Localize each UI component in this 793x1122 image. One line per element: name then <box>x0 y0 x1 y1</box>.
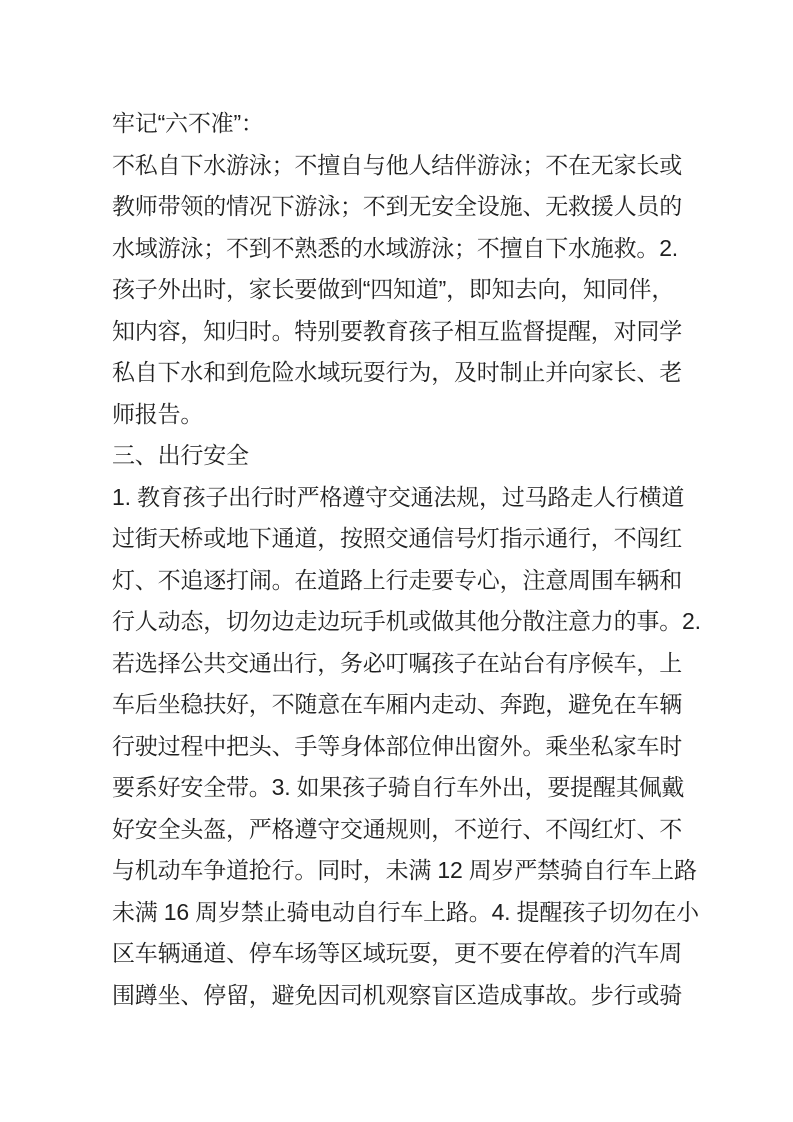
text-line: 不私自下水游泳；不擅自与他人结伴游泳；不在无家长或 <box>112 145 688 187</box>
text-line: 教师带领的情况下游泳；不到无安全设施、无救援人员的 <box>112 186 688 228</box>
text-line: 孩子外出时，家长要做到“四知道”，即知去向，知同伴， <box>112 269 688 311</box>
text-line: 未满 16 周岁禁止骑电动自行车上路。4. 提醒孩子切勿在小 <box>112 892 688 934</box>
document-page: 牢记“六不准”： 不私自下水游泳；不擅自与他人结伴游泳；不在无家长或 教师带领的… <box>0 0 793 1122</box>
text-line: 过街天桥或地下通道，按照交通信号灯指示通行，不闯红 <box>112 518 688 560</box>
section-heading: 三、出行安全 <box>112 435 688 477</box>
text-line: 区车辆通道、停车场等区域玩耍，更不要在停着的汽车周 <box>112 933 688 975</box>
text-line: 若选择公共交通出行，务必叮嘱孩子在站台有序候车，上 <box>112 643 688 685</box>
text-line: 行人动态，切勿边走边玩手机或做其他分散注意力的事。2. <box>112 601 688 643</box>
text-line: 师报告。 <box>112 394 688 436</box>
document-text-block: 牢记“六不准”： 不私自下水游泳；不擅自与他人结伴游泳；不在无家长或 教师带领的… <box>112 103 688 1016</box>
text-line: 行驶过程中把头、手等身体部位伸出窗外。乘坐私家车时 <box>112 726 688 768</box>
text-line: 与机动车争道抢行。同时，未满 12 周岁严禁骑自行车上路 <box>112 850 688 892</box>
text-line: 水域游泳；不到不熟悉的水域游泳；不擅自下水施救。2. <box>112 228 688 270</box>
text-line: 灯、不追逐打闹。在道路上行走要专心，注意周围车辆和 <box>112 560 688 602</box>
text-line: 车后坐稳扶好，不随意在车厢内走动、奔跑，避免在车辆 <box>112 684 688 726</box>
text-line: 私自下水和到危险水域玩耍行为，及时制止并向家长、老 <box>112 352 688 394</box>
text-line: 要系好安全带。3. 如果孩子骑自行车外出，要提醒其佩戴 <box>112 767 688 809</box>
text-line: 好安全头盔，严格遵守交通规则，不逆行、不闯红灯、不 <box>112 809 688 851</box>
text-line: 围蹲坐、停留，避免因司机观察盲区造成事故。步行或骑 <box>112 975 688 1017</box>
text-line: 1. 教育孩子出行时严格遵守交通法规，过马路走人行横道 <box>112 477 688 519</box>
list-intro-line: 牢记“六不准”： <box>112 103 688 145</box>
text-line: 知内容，知归时。特别要教育孩子相互监督提醒，对同学 <box>112 311 688 353</box>
